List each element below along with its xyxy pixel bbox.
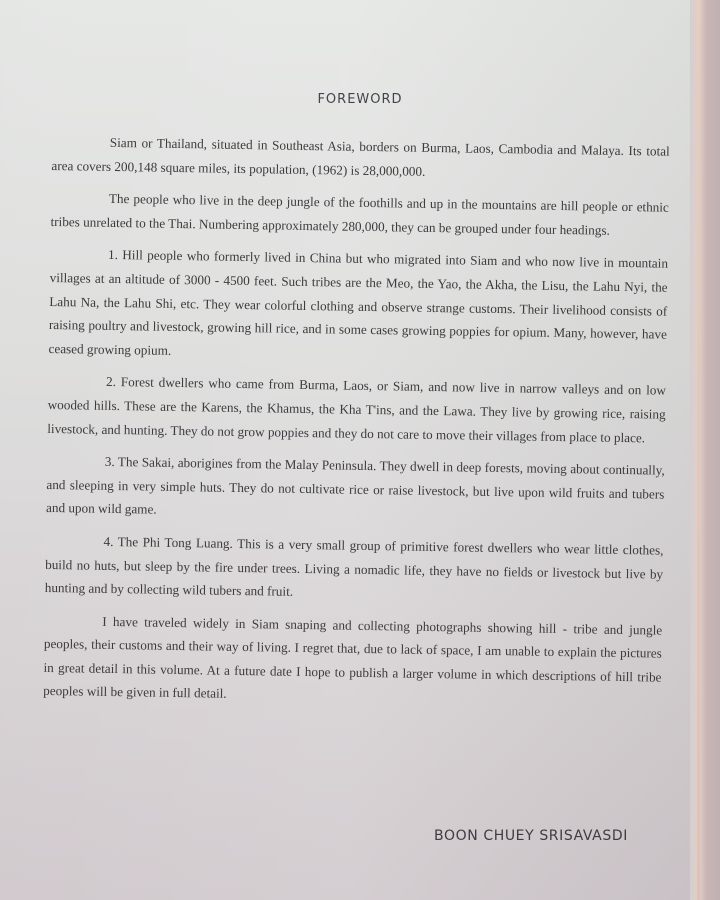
paragraph-heading-4: 4. The Phi Tong Luang. This is a very sm… <box>45 529 664 609</box>
paragraph-hill-people: The people who live in the deep jungle o… <box>50 186 669 243</box>
author-signature: BOON CHUEY SRISAVASDI <box>434 828 628 844</box>
paragraph-heading-1: 1. Hill people who formerly lived in Chi… <box>48 242 668 370</box>
page-edge-line <box>697 0 700 900</box>
paragraph-intro: Siam or Thailand, situated in Southeast … <box>51 130 670 187</box>
foreword-body: Siam or Thailand, situated in Southeast … <box>43 130 670 722</box>
page-title: FOREWORD <box>0 92 720 107</box>
paragraph-closing: I have traveled widely in Siam snaping a… <box>43 609 662 713</box>
paragraph-heading-3: 3. The Sakai, aborigines from the Malay … <box>46 449 665 529</box>
page-binding-edge <box>690 0 720 900</box>
paragraph-heading-2: 2. Forest dwellers who came from Burma, … <box>47 369 666 449</box>
